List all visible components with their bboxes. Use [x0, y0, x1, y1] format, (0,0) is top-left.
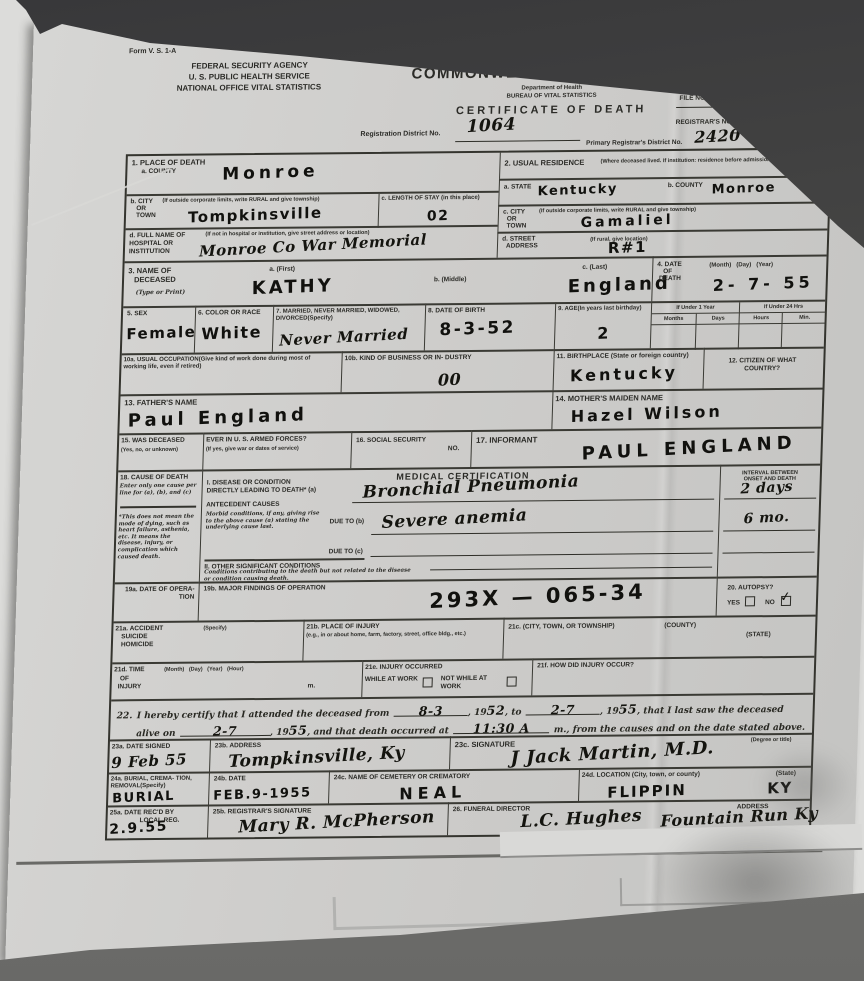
cert-year-2: 55 [619, 701, 638, 716]
field-armed-forces: EVER IN U. S. ARMED FORCES? (If yes, giv… [202, 431, 351, 469]
age-value: 2 [597, 323, 610, 342]
cert-text-1: I hereby certify that I attended the dec… [137, 709, 390, 721]
not-while-at-work-label: NOT WHILE AT WORK [440, 675, 502, 691]
photo-smudge-small [755, 745, 855, 825]
field-physician-signature: 23c. SIGNATURE (Degree or title) J Jack … [449, 733, 812, 769]
residence-county-label: b. COUNTY [668, 182, 703, 190]
commonwealth-title: COMMONWEALTH OF KENTUCKY [362, 62, 743, 84]
field-major-findings: 19b. MAJOR FINDINGS OF OPERATION 293X — … [198, 577, 717, 621]
sex-label: 5. SEX [127, 310, 147, 318]
operation-date-label: 19a. DATE OF OPERA- TION [116, 586, 194, 602]
date-of-death-value: 2- 7- 55 [713, 272, 814, 295]
form-number: Form V. S. 1-A [129, 48, 176, 57]
registration-district-value: 1064 [467, 114, 517, 137]
date-signed-value: 9 Feb 55 [111, 750, 187, 772]
file-no-value: 116 [713, 84, 743, 100]
was-deceased-note: (Yes, no, or unknown) [121, 447, 201, 454]
race-value: White [201, 322, 262, 343]
injury-state-label: (STATE) [746, 631, 771, 639]
cert-year-1: 52 [486, 703, 505, 718]
cert-text-4: , 19 [600, 707, 619, 717]
under-24-hrs-label: If Under 24 Hrs [740, 304, 827, 311]
field-accident-suicide-homicide: 21a. ACCIDENT (Specify) SUICIDE HOMICIDE [112, 620, 303, 663]
time-of-label: OF [120, 675, 129, 683]
field-color-or-race: 6. COLOR OR RACE White [194, 305, 273, 353]
city-value: Tompkinsville [188, 204, 323, 227]
days-header: Days [696, 313, 739, 324]
residence-city-value: Gamaliel [581, 212, 674, 231]
hours-header: Hours [738, 313, 781, 324]
field-autopsy: 20. AUTOPSY? YES NO ✓ [716, 576, 817, 616]
armed-forces-note: (If yes, give war or dates of service) [206, 445, 348, 453]
cause-note-1: Enter only one cause per line for (a), (… [119, 483, 197, 497]
usual-residence-label: 2. USUAL RESIDENCE [504, 158, 584, 168]
cert-blank-to: 2-7 [526, 701, 600, 716]
cert-no: 22. [117, 711, 133, 721]
under-24-hrs-header: If Under 24 Hrs [739, 302, 826, 314]
cemetery-value: NEAL [399, 782, 466, 803]
cert-blank-alive: 2-7 [180, 722, 270, 737]
residence-state-label: a. STATE [504, 183, 532, 191]
field-cause-of-death-sidebar: 18. CAUSE OF DEATH Enter only one cause … [115, 470, 202, 583]
major-findings-value: 293X — 065-34 [429, 580, 646, 614]
street-address-label: ADDRESS [506, 242, 538, 250]
field-signer-address: 23b. ADDRESS Tompkinsville, Ky [209, 736, 450, 771]
date-of-death-label-3: DEATH [659, 275, 681, 283]
date-received-value: 2.9.55 [109, 818, 168, 838]
birth-date-value: 8-3-52 [439, 318, 516, 341]
file-no-rule [676, 105, 864, 108]
field-usual-residence: 2. USUAL RESIDENCE (Where deceased lived… [499, 150, 830, 179]
funeral-director-label: 26. FUNERAL DIRECTOR [453, 805, 531, 814]
business-label: 10b. KIND OF BUSINESS OR IN- DUSTRY [344, 353, 544, 363]
field-medical-certification: MEDICAL CERTIFICATION I. DISEASE OR COND… [199, 465, 720, 582]
burial-date-value: FEB.9-1955 [213, 785, 311, 804]
cemetery-label: 24c. NAME OF CEMETERY OR CREMATORY [334, 773, 471, 782]
due-to-b-label: DUE TO (b) [329, 518, 364, 526]
accident-specify-note: (Specify) [203, 625, 226, 632]
interval-b-value: 6 mo. [743, 509, 789, 527]
interval-rule-b [723, 530, 815, 532]
age-box-divider-1 [695, 325, 697, 350]
field-place-of-death-county: 1. PLACE OF DEATH a. COUNTY Monroe [127, 153, 500, 195]
field-age: 9. AGE(In years last birthday) 2 [554, 301, 651, 349]
citizen-label: 12. CITIZEN OF WHAT COUNTRY? [710, 357, 814, 374]
hospital-label: d. FULL NAME OF HOSPITAL OR INSTITUTION [129, 232, 200, 256]
field-date-signed: 23a. DATE SIGNED 9 Feb 55 [109, 738, 210, 772]
field-city-town: b. CITY OR TOWN (If outside corporate li… [126, 191, 499, 229]
birthplace-value: Kentucky [570, 363, 678, 386]
suicide-label: SUICIDE [121, 633, 148, 641]
due-to-c-label: DUE TO (c) [329, 548, 363, 556]
cert-year-3: 55 [289, 723, 308, 738]
major-findings-label: 19b. MAJOR FINDINGS OF OPERATION [203, 584, 325, 593]
time-m-label: m. [307, 682, 315, 690]
while-at-work-checkbox [423, 677, 433, 687]
birth-date-label: 8. DATE OF BIRTH [428, 307, 485, 315]
bureau-line: BUREAU OF VITAL STATISTICS [461, 92, 641, 101]
sex-value: Female [126, 323, 196, 343]
field-sex: 5. SEX Female [122, 306, 195, 354]
autopsy-yes-checkbox [745, 596, 755, 606]
field-time-of-injury: 21d. TIME (Month) (Day) (Year) (Hour) OF… [111, 660, 362, 699]
armed-forces-label: EVER IN U. S. ARMED FORCES? [206, 435, 348, 444]
injury-county-label: (COUNTY) [664, 622, 696, 630]
was-deceased-label: 15. WAS DECEASED [121, 437, 201, 446]
degree-note: (Degree or title) [751, 737, 792, 744]
field-street-address: d. STREET ADDRESS (If rural, give locati… [497, 229, 828, 258]
last-name-label: c. (Last) [582, 264, 607, 272]
min-label: Min. [783, 315, 827, 322]
type-or-print-note: (Type or Print) [136, 289, 186, 297]
interval-rule-c [722, 552, 814, 554]
field-length-of-stay: c. LENGTH OF STAY (in this place) 02 [378, 193, 499, 228]
time-of-injury-label: 21d. TIME [114, 666, 145, 674]
registration-district-rule [455, 140, 580, 142]
place-of-injury-note: (e.g., in or about home, farm, factory, … [306, 631, 496, 639]
disease-label-2: DIRECTLY LEADING TO DEATH* (a) [206, 486, 316, 495]
race-label: 6. COLOR OR RACE [198, 309, 270, 317]
field-date-of-operation: 19a. DATE OF OPERA- TION [114, 582, 199, 622]
field-burial-date: 24b. DATE FEB.9-1955 [208, 770, 329, 804]
field-birthplace: 11. BIRTHPLACE (State or foreign country… [553, 348, 704, 390]
not-while-at-work-checkbox [507, 677, 517, 687]
time-of-injury-columns: (Month) (Day) (Year) (Hour) [164, 666, 244, 673]
homicide-label: HOMICIDE [121, 641, 154, 649]
cert-text-7: , 19 [270, 728, 289, 738]
funeral-director-value: L.C. Hughes [520, 806, 642, 832]
under-one-year-header: If Under 1 Year [652, 302, 739, 314]
field-informant: 17. INFORMANT PAUL ENGLAND [470, 427, 821, 467]
birthplace-label: 11. BIRTHPLACE (State or foreign country… [556, 352, 696, 361]
field-injury-occurred: 21e. INJURY OCCURRED WHILE AT WORK NOT W… [361, 658, 532, 697]
name-label-2: DECEASED [134, 275, 176, 284]
cert-text-2: , 19 [468, 708, 487, 718]
residence-town-label: TOWN [506, 222, 526, 230]
field-date-received: 25a. DATE REC'D BY LOCAL REG. 2.9.55 [107, 805, 208, 839]
field-certification-statement: 22. I hereby certify that I attended the… [110, 693, 813, 740]
morbid-note: Morbid conditions, if any, giving rise t… [205, 510, 326, 531]
primary-district-value: 2420 [694, 125, 741, 146]
informant-value: PAUL ENGLAND [582, 432, 797, 464]
cert-blank-from: 8-3 [394, 702, 468, 717]
occupation-label: 10a. USUAL OCCUPATION(Give kind of work … [123, 355, 333, 371]
agency-line-3: NATIONAL OFFICE VITAL STATISTICS [124, 82, 374, 94]
usual-residence-note: (Where deceased lived. If institution: r… [600, 157, 825, 166]
town-label: TOWN [136, 212, 156, 220]
signature-label: 23c. SIGNATURE [455, 740, 516, 750]
cert-blank-hour: 11:30 A [453, 719, 549, 734]
marital-value: Never Married [279, 325, 408, 350]
interval-rule-a [724, 498, 816, 500]
ssn-label-2: NO. [448, 445, 460, 453]
burial-value: BURIAL [112, 789, 175, 807]
cemetery-location-label: 24d. LOCATION (City, town, or county) [582, 771, 700, 780]
field-interval-column: INTERVAL BETWEEN ONSET AND DEATH 2 days … [717, 464, 820, 577]
field-marital-status: 7. MARRIED, NEVER MARRIED, WIDOWED, DIVO… [272, 303, 425, 351]
field-date-of-death: 4. DATE OF DEATH (Month) (Day) (Year) 2-… [651, 255, 826, 302]
field-was-deceased: 15. WAS DECEASED (Yes, no, or unknown) [118, 433, 203, 471]
street-value: R#1 [608, 238, 647, 257]
signature-value: J Jack Martin, M.D. [510, 737, 714, 769]
signer-address-label: 23b. ADDRESS [215, 742, 262, 750]
stamp-serial-left: 55— [748, 64, 810, 91]
age-box-divider-2 [738, 324, 740, 349]
certificate-form-table: 1. PLACE OF DEATH a. COUNTY Monroe b. CI… [105, 147, 832, 840]
field-kind-of-business: 10b. KIND OF BUSINESS OR IN- DUSTRY 00 [341, 349, 554, 392]
name-label-1: 3. NAME OF [128, 266, 171, 275]
cemetery-location-value: FLIPPIN [607, 781, 687, 802]
file-no-label: FILE NO. [679, 95, 707, 103]
cert-text-5: , that I last saw the deceased [637, 705, 784, 716]
field-how-did-injury-occur: 21f. HOW DID INJURY OCCUR? [531, 656, 814, 696]
mother-value: Hazel Wilson [571, 402, 723, 426]
sidebar-divider [120, 506, 196, 509]
place-of-injury-label: 21b. PLACE OF INJURY [306, 623, 379, 632]
agency-line-2: U. S. PUBLIC HEALTH SERVICE [124, 71, 374, 83]
autopsy-no-checkmark: ✓ [779, 589, 791, 605]
field-place-of-injury: 21b. PLACE OF INJURY (e.g., in or about … [302, 618, 503, 661]
cause-of-death-label: 18. CAUSE OF DEATH [120, 474, 200, 483]
under-one-year-label: If Under 1 Year [652, 304, 739, 311]
days-label: Days [697, 315, 740, 322]
field-social-security: 16. SOCIAL SECURITY NO. [350, 430, 471, 468]
residence-state-value: Kentucky [538, 182, 618, 200]
registration-district-label: Registration District No. [360, 130, 440, 139]
informant-label: 17. INFORMANT [476, 435, 538, 445]
field-cemetery-name: 24c. NAME OF CEMETERY OR CREMATORY NEAL [328, 768, 579, 803]
field-usual-occupation: 10a. USUAL OCCUPATION(Give kind of work … [121, 351, 342, 394]
county-value: Monroe [222, 161, 318, 184]
registrar-no-value: 10 [783, 107, 807, 127]
age-box-divider-3 [781, 324, 783, 349]
first-name-value: KATHY [252, 275, 334, 299]
cert-text-3: , to [505, 708, 522, 718]
first-name-label: a. (First) [269, 266, 295, 274]
field-injury-city-county-state: 21c. (CITY, TOWN, OR TOWNSHIP) (COUNTY) … [502, 615, 815, 659]
injury-city-label: 21c. (CITY, TOWN, OR TOWNSHIP) [508, 623, 615, 632]
months-header: Months [652, 314, 696, 325]
cause-note-2: *This does not mean the mode of dying, s… [117, 514, 196, 561]
age-label: 9. AGE(In years last birthday) [558, 305, 646, 313]
photographed-death-certificate: Form V. S. 1-A FEDERAL SECURITY AGENCY U… [0, 0, 864, 981]
field-mothers-maiden-name: 14. MOTHER'S MAIDEN NAME Hazel Wilson [551, 388, 822, 430]
father-label: 13. FATHER'S NAME [124, 398, 197, 408]
middle-name-label: b. (Middle) [434, 276, 467, 284]
field-residence-state-county: a. STATE Kentucky b. COUNTY Monroe [498, 176, 829, 205]
father-value: Paul England [128, 404, 308, 431]
cert-text-6: alive on [136, 729, 176, 739]
antecedent-label: ANTECEDENT CAUSES [206, 501, 280, 510]
autopsy-label: 20. AUTOPSY? [727, 584, 773, 592]
burial-date-label: 24b. DATE [214, 775, 246, 783]
other-conditions-rule [430, 567, 712, 571]
due-to-c-rule [371, 553, 713, 557]
length-of-stay-label: c. LENGTH OF STAY (in this place) [381, 195, 493, 203]
field-age-subdivisions: If Under 1 Year If Under 24 Hrs Months D… [650, 300, 825, 349]
field-date-of-birth: 8. DATE OF BIRTH 8-3-52 [424, 302, 555, 350]
field-residence-city: c. CITY OR TOWN (If outside corporate li… [497, 202, 828, 232]
mother-label: 14. MOTHER'S MAIDEN NAME [555, 393, 663, 403]
registrar-no-rule [730, 131, 864, 133]
field-hospital: d. FULL NAME OF HOSPITAL OR INSTITUTION … [125, 225, 498, 262]
autopsy-yes-label: YES [727, 599, 740, 607]
place-of-death-label: 1. PLACE OF DEATH [132, 158, 206, 168]
field-fathers-name: 13. FATHER'S NAME Paul England [119, 390, 552, 433]
due-to-b-rule [371, 531, 713, 535]
field-name-of-deceased: 3. NAME OF DECEASED (Type or Print) a. (… [123, 256, 652, 306]
field-registrar-signature: 25b. REGISTRAR'S SIGNATURE Mary R. McPhe… [207, 802, 448, 837]
hours-label: Hours [740, 315, 783, 322]
how-injury-label: 21f. HOW DID INJURY OCCUR? [537, 661, 634, 670]
injury-occurred-label: 21e. INJURY OCCURRED [365, 663, 443, 672]
interval-a-value: 2 days [740, 479, 793, 498]
due-to-b-value: Severe anemia [381, 505, 527, 533]
date-of-death-columns: (Month) (Day) (Year) [709, 262, 773, 270]
autopsy-no-label: NO [765, 599, 775, 607]
field-citizen: 12. CITIZEN OF WHAT COUNTRY? [703, 347, 824, 389]
agency-line-1: FEDERAL SECURITY AGENCY [124, 60, 374, 72]
field-burial-type: 24a. BURIAL, CREMA- TION, REMOVAL(Specif… [108, 772, 209, 806]
length-of-stay-value: 02 [427, 208, 450, 225]
min-header: Min. [781, 313, 825, 324]
time-injury-label: INJURY [117, 683, 141, 691]
primary-district-label: Primary Registrar's District No. [586, 139, 682, 148]
residence-county-value: Monroe [712, 180, 776, 197]
marital-label: 7. MARRIED, NEVER MARRIED, WIDOWED, DIVO… [276, 307, 422, 323]
ssn-label: 16. SOCIAL SECURITY [356, 436, 426, 444]
while-at-work-label: WHILE AT WORK [365, 675, 421, 683]
accident-label: 21a. ACCIDENT [115, 625, 163, 633]
business-value: 00 [438, 370, 462, 390]
months-label: Months [652, 316, 696, 323]
stamp-serial-right: 3516 [814, 65, 864, 92]
date-signed-label: 23a. DATE SIGNED [112, 743, 171, 751]
